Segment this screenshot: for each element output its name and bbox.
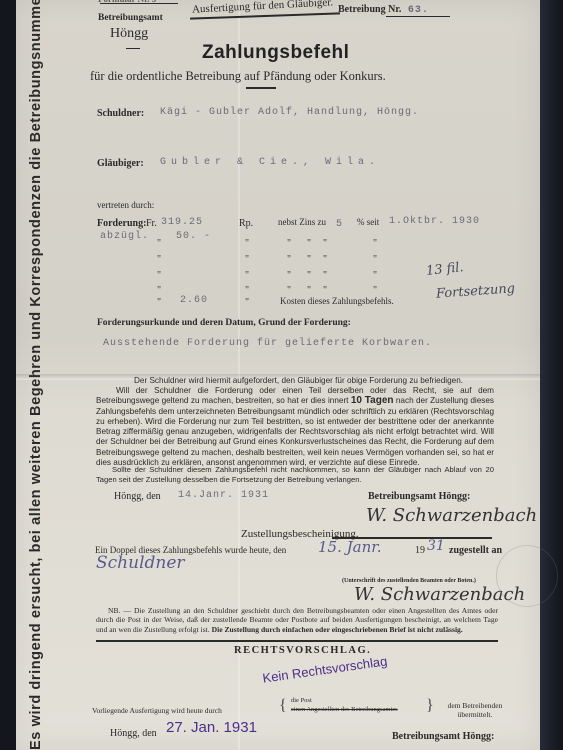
objection-text-b: dem Betreibenden übermittelt. bbox=[440, 701, 510, 719]
costs-amount: 2.60 bbox=[180, 295, 208, 306]
case-number: 63. bbox=[408, 5, 429, 16]
continuation-paragraph: Sollte der Schuldner diesem Zahlungsbefe… bbox=[96, 465, 494, 484]
deduction-label: abzügl. bbox=[100, 231, 149, 242]
issued-place: Höngg, den bbox=[114, 491, 161, 502]
objection-place: Höngg, den bbox=[110, 728, 157, 739]
basis-value: Ausstehende Forderung für gelieferte Kor… bbox=[103, 338, 432, 349]
claim-label: Forderung: bbox=[97, 218, 146, 229]
debtor-label: Schuldner: bbox=[97, 108, 144, 119]
case-label: Betreibung Nr. 63. bbox=[338, 4, 429, 16]
rp-label: Rp. bbox=[239, 218, 253, 229]
instruction-line1: Der Schuldner wird hiermit aufgefordert,… bbox=[134, 376, 463, 385]
margin-note-1: 13 fil. bbox=[425, 260, 464, 279]
side-note: Es wird dringend ersucht, bei allen weit… bbox=[28, 30, 44, 750]
office-label: Betreibungsamt bbox=[98, 13, 163, 23]
basis-label: Forderungsurkunde und deren Datum, Grund… bbox=[97, 318, 351, 328]
instruction-paragraph: Will der Schuldner die Forderung oder ei… bbox=[96, 386, 494, 468]
office-place: Höngg bbox=[110, 26, 148, 42]
since-date: 1.Oktbr. 1930 bbox=[389, 216, 480, 227]
margin-note-2: Fortsetzung bbox=[436, 281, 516, 301]
creditor-label: Gläubiger: bbox=[97, 158, 144, 169]
objection-date-stamp: 27. Jan. 1931 bbox=[166, 719, 257, 736]
document-paper: Es wird dringend ersucht, bei allen weit… bbox=[16, 0, 540, 750]
claim-currency: Fr. bbox=[146, 218, 157, 229]
case-underline bbox=[386, 16, 450, 17]
delivery-year: 31 bbox=[427, 538, 445, 554]
nb-note: NB. — Die Zustellung an den Schuldner ge… bbox=[96, 606, 498, 634]
page-subtitle: für die ordentliche Betreibung auf Pfänd… bbox=[90, 69, 386, 84]
objection-text-a: Vorliegende Ausfertigung wird heute durc… bbox=[92, 706, 222, 715]
delivery-date: 15. Janr. bbox=[318, 538, 382, 556]
option-post: die Post bbox=[291, 697, 312, 704]
faint-seal bbox=[496, 545, 558, 607]
debtor-value: Kägi - Gubler Adolf, Handlung, Höngg. bbox=[160, 107, 419, 118]
objection-heading: RECHTSVORSCHLAG. bbox=[234, 645, 371, 656]
issued-office: Betreibungsamt Höngg: bbox=[368, 491, 470, 502]
delivery-recipient: Schuldner bbox=[96, 553, 185, 573]
interest-rate: 5 bbox=[336, 219, 343, 230]
title-dash bbox=[246, 87, 276, 89]
delivery-year-prefix: 19 bbox=[415, 545, 425, 556]
deduction-amount: 50. - bbox=[176, 231, 211, 242]
option-struck: einen Angestellten des Betreibungsamtes bbox=[291, 706, 398, 713]
header-rule bbox=[100, 3, 178, 4]
objection-stamp: Kein Rechtsvorschlag bbox=[262, 653, 389, 685]
issued-signature: W. Schwarzenbach bbox=[366, 505, 537, 526]
header-dash bbox=[126, 48, 140, 49]
page-title: Zahlungsbefehl bbox=[202, 42, 349, 64]
claim-amount: 319.25 bbox=[161, 217, 203, 228]
deadline: 10 Tagen bbox=[351, 395, 394, 406]
represented-label: vertreten durch: bbox=[97, 200, 154, 210]
percent-since: % seit bbox=[357, 217, 379, 227]
brace-left-icon: { bbox=[279, 697, 287, 715]
creditor-value: Gubler & Cie., Wila. bbox=[160, 157, 380, 168]
objection-office: Betreibungsamt Höngg: bbox=[392, 731, 494, 742]
section-divider bbox=[96, 640, 498, 642]
issued-date: 14.Janr. 1931 bbox=[178, 490, 269, 501]
delivery-text-b: zugestellt an bbox=[449, 545, 502, 556]
brace-right-icon: } bbox=[426, 697, 434, 715]
costs-label: Kosten dieses Zahlungsbefehls. bbox=[280, 296, 394, 306]
interest-label: nebst Zins zu bbox=[278, 217, 326, 227]
